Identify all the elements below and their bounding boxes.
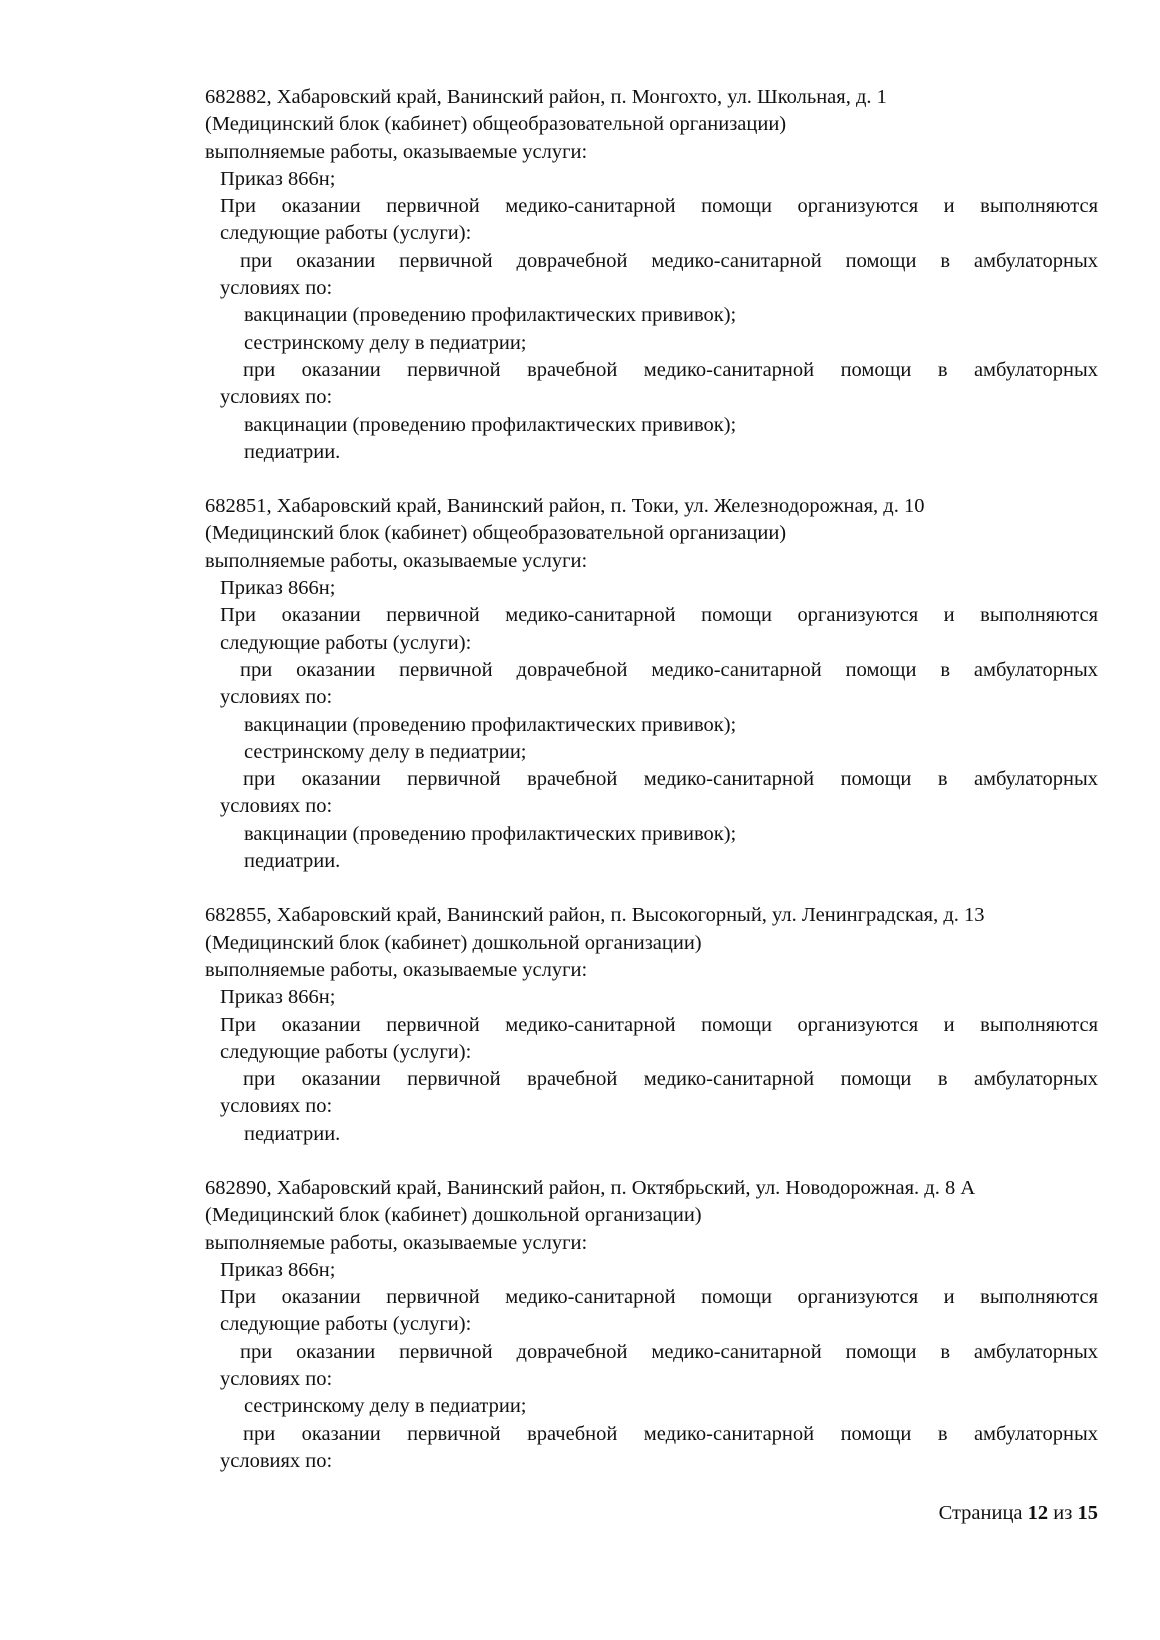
services-intro: При оказании первичной медико-санитарной… <box>205 1284 1098 1311</box>
care-section-heading: при оказании первичной доврачебной медик… <box>205 657 1098 684</box>
services-intro-continued: следующие работы (услуги): <box>205 1311 1098 1338</box>
facility-address: 682851, Хабаровский край, Ванинский райо… <box>205 493 1098 520</box>
services-intro-continued: следующие работы (услуги): <box>205 630 1098 657</box>
services-intro: При оказании первичной медико-санитарной… <box>205 602 1098 629</box>
facility-address: 682855, Хабаровский край, Ванинский райо… <box>205 902 1098 929</box>
service-item: сестринскому делу в педиатрии; <box>205 330 1098 357</box>
care-section-heading-continued: условиях по: <box>205 1366 1098 1393</box>
page-current: 12 <box>1028 1502 1049 1524</box>
facility-block: 682851, Хабаровский край, Ванинский райо… <box>205 493 1098 875</box>
service-item: вакцинации (проведению профилактических … <box>205 712 1098 739</box>
works-label: выполняемые работы, оказываемые услуги: <box>205 957 1098 984</box>
care-section-heading-continued: условиях по: <box>205 1093 1098 1120</box>
order-reference: Приказ 866н; <box>205 575 1098 602</box>
document-page: 682882, Хабаровский край, Ванинский райо… <box>0 0 1160 1640</box>
services-intro-continued: следующие работы (услуги): <box>205 1039 1098 1066</box>
facility-address: 682882, Хабаровский край, Ванинский райо… <box>205 84 1098 111</box>
facility-type: (Медицинский блок (кабинет) дошкольной о… <box>205 1202 1098 1229</box>
facility-type: (Медицинский блок (кабинет) дошкольной о… <box>205 930 1098 957</box>
services-intro: При оказании первичной медико-санитарной… <box>205 193 1098 220</box>
care-section-heading-continued: условиях по: <box>205 384 1098 411</box>
service-item: сестринскому делу в педиатрии; <box>205 739 1098 766</box>
page-label: Страница <box>939 1502 1023 1524</box>
care-section-heading-continued: условиях по: <box>205 1448 1098 1475</box>
service-item: вакцинации (проведению профилактических … <box>205 302 1098 329</box>
document-body: 682882, Хабаровский край, Ванинский райо… <box>205 84 1098 1502</box>
care-section-heading: при оказании первичной врачебной медико-… <box>205 1421 1098 1448</box>
page-total: 15 <box>1078 1502 1099 1524</box>
facility-block: 682890, Хабаровский край, Ванинский райо… <box>205 1175 1098 1475</box>
page-of: из <box>1053 1502 1072 1524</box>
care-section-heading: при оказании первичной доврачебной медик… <box>205 1339 1098 1366</box>
facility-type: (Медицинский блок (кабинет) общеобразова… <box>205 111 1098 138</box>
care-section-heading-continued: условиях по: <box>205 684 1098 711</box>
service-item: педиатрии. <box>205 848 1098 875</box>
care-section-heading-continued: условиях по: <box>205 793 1098 820</box>
service-item: сестринскому делу в педиатрии; <box>205 1393 1098 1420</box>
order-reference: Приказ 866н; <box>205 984 1098 1011</box>
services-intro: При оказании первичной медико-санитарной… <box>205 1012 1098 1039</box>
services-intro-continued: следующие работы (услуги): <box>205 220 1098 247</box>
facility-block: 682855, Хабаровский край, Ванинский райо… <box>205 902 1098 1148</box>
care-section-heading: при оказании первичной доврачебной медик… <box>205 248 1098 275</box>
care-section-heading: при оказании первичной врачебной медико-… <box>205 1066 1098 1093</box>
works-label: выполняемые работы, оказываемые услуги: <box>205 139 1098 166</box>
order-reference: Приказ 866н; <box>205 166 1098 193</box>
works-label: выполняемые работы, оказываемые услуги: <box>205 1230 1098 1257</box>
works-label: выполняемые работы, оказываемые услуги: <box>205 548 1098 575</box>
service-item: вакцинации (проведению профилактических … <box>205 821 1098 848</box>
care-section-heading: при оказании первичной врачебной медико-… <box>205 357 1098 384</box>
service-item: вакцинации (проведению профилактических … <box>205 412 1098 439</box>
care-section-heading-continued: условиях по: <box>205 275 1098 302</box>
facility-address: 682890, Хабаровский край, Ванинский райо… <box>205 1175 1098 1202</box>
service-item: педиатрии. <box>205 1121 1098 1148</box>
facility-block: 682882, Хабаровский край, Ванинский райо… <box>205 84 1098 466</box>
service-item: педиатрии. <box>205 439 1098 466</box>
page-number: Страница 12 из 15 <box>939 1502 1098 1525</box>
facility-type: (Медицинский блок (кабинет) общеобразова… <box>205 520 1098 547</box>
care-section-heading: при оказании первичной врачебной медико-… <box>205 766 1098 793</box>
order-reference: Приказ 866н; <box>205 1257 1098 1284</box>
